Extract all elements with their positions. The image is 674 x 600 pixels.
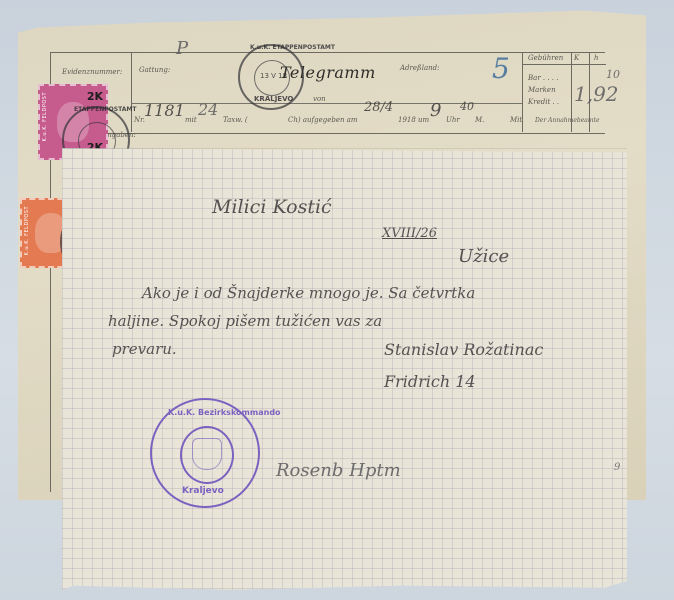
destination-label: Adreßland: [400, 64, 439, 72]
fee-marken-value: 1,92 [574, 82, 619, 106]
message-sheet [62, 148, 627, 590]
evidence-number-label: Evidenznummer: [62, 68, 122, 76]
fees-row-kredit: Kredit . . [528, 98, 559, 106]
stamp-side-text: K.u.K. FELDPOST [42, 92, 48, 141]
telegram-number: 1181 [144, 101, 185, 120]
von-label: von [313, 95, 326, 103]
stamp-side-text: K.u.K. FELDPOST [24, 206, 30, 255]
page-mark: 9 [614, 462, 620, 473]
address-number: XVIII/26 [382, 226, 437, 241]
category-label: Gattung: [139, 66, 170, 74]
fee-bar-value: 10 [606, 68, 620, 81]
form-margin-line [50, 132, 51, 492]
form-line [131, 52, 132, 132]
postmark-text-top: K.u.K. ETAPPENPOSTAMT [250, 44, 335, 51]
year-label: 1918 [398, 116, 416, 124]
hour-written: 9 [430, 100, 441, 121]
officer-signature: Rosenb Hptm [276, 460, 401, 481]
recipient-city: Užice [458, 246, 509, 267]
coat-of-arms-icon [192, 438, 222, 470]
mit-label: Mit [510, 116, 522, 124]
seal-text-bottom: Kraljevo [182, 486, 224, 496]
postmark-text-top: ETAPPENPOSTAMT [74, 106, 136, 113]
word-count: 24 [198, 100, 218, 119]
postmark-text-bottom: KRALJEVO [254, 95, 293, 103]
date-written: 28/4 [364, 100, 393, 115]
blue-mark: 5 [492, 52, 510, 85]
postmark-date: 13 V 18 [260, 72, 287, 80]
postmark-top: K.u.K. ETAPPENPOSTAMT KRALJEVO 13 V 18 [238, 44, 304, 110]
seal-text-top: K.u.K. Bezirkskommando [168, 408, 281, 417]
fees-footer: Der Annahmebeamte [535, 117, 600, 124]
uhr-label: Uhr [446, 116, 460, 124]
with-label: mit [185, 116, 197, 124]
minutes-written: 40 [460, 100, 474, 113]
fees-header: Gebühren [528, 54, 563, 62]
m-label: M. [475, 116, 484, 124]
sender-address: Fridrich 14 [384, 372, 476, 391]
sheet-fold-edge [62, 148, 627, 149]
stamp-value: 2K [87, 90, 103, 103]
fees-col-k: K [574, 54, 579, 62]
seal-inner-ring [180, 426, 234, 484]
message-line-2: haljine. Spokoj pišem tužićen vas za [108, 312, 382, 330]
message-line-1: Ako je i od Šnajderke mnogo je. Sa četvr… [142, 284, 475, 302]
fees-col-h: h [594, 54, 599, 62]
message-line-3: prevaru. [112, 340, 177, 358]
ch-label: Ch) aufgegeben am [288, 116, 358, 124]
taxw-label: Taxw. ( [223, 116, 248, 124]
recipient-name: Milici Kostić [212, 196, 332, 218]
fees-row-bar: Bar . . . . [528, 74, 558, 82]
fees-row-marken: Marken [528, 86, 556, 94]
sender-name: Stanislav Rožatinac [384, 340, 543, 359]
um-label: um [418, 116, 429, 124]
district-command-seal: K.u.K. Bezirkskommando Kraljevo [150, 398, 260, 508]
category-mark: P [176, 38, 188, 59]
